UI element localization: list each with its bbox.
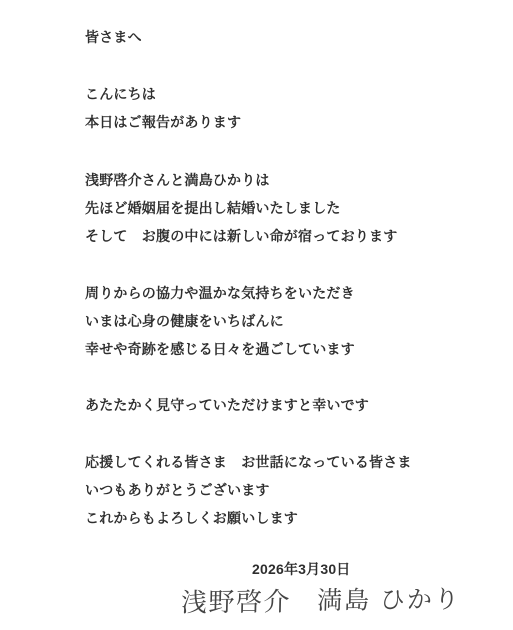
letter-line: 浅野啓介さんと満島ひかりは (85, 166, 397, 194)
paragraph-wellbeing: 周りからの協力や温かな気持ちをいただき いまは心身の健康をいちばんに 幸せや奇跡… (85, 279, 355, 363)
letter-line: 先ほど婚姻届を提出し結婚いたしました (85, 194, 397, 222)
paragraph-request: あたたかく見守っていただけますと幸いです (85, 391, 369, 419)
paragraph-thanks: 応援してくれる皆さま お世話になっている皆さま いつもありがとうございます これ… (85, 448, 412, 532)
letter-page: 皆さまへ こんにちは 本日はご報告があります 浅野啓介さんと満島ひかりは 先ほど… (0, 0, 513, 630)
salutation-line: 皆さまへ (85, 23, 142, 51)
letter-line: 応援してくれる皆さま お世話になっている皆さま (85, 448, 412, 476)
salutation: 皆さまへ (85, 23, 142, 51)
signature-name-bride: 満島 ひかり (317, 583, 462, 619)
paragraph-greeting: こんにちは 本日はご報告があります (85, 80, 241, 136)
letter-line: これからもよろしくお願いします (85, 504, 412, 532)
letter-line: こんにちは (85, 80, 241, 108)
letter-line: 周りからの協力や温かな気持ちをいただき (85, 279, 355, 307)
date-line: 2026年3月30日 (252, 555, 351, 583)
signature: 浅野啓介 満島 ひかり (181, 583, 462, 620)
letter-line: あたたかく見守っていただけますと幸いです (85, 391, 369, 419)
letter-line: そして お腹の中には新しい命が宿っております (85, 222, 397, 250)
letter-line: いつもありがとうございます (85, 476, 412, 504)
letter-line: 幸せや奇跡を感じる日々を過ごしています (85, 335, 355, 363)
letter-line: いまは心身の健康をいちばんに (85, 307, 355, 335)
paragraph-announcement: 浅野啓介さんと満島ひかりは 先ほど婚姻届を提出し結婚いたしました そして お腹の… (85, 166, 397, 250)
signature-name-groom: 浅野啓介 (181, 584, 292, 619)
letter-line: 本日はご報告があります (85, 108, 241, 136)
